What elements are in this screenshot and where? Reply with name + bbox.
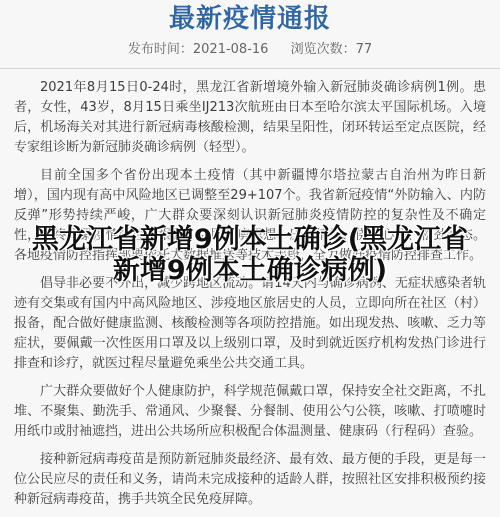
article-body: 2021年8月15日0-24时，黑龙江省新增境外输入新冠肺炎确诊病例1例。患者，… <box>0 69 500 510</box>
body-paragraph: 目前全国多个省份出现本土疫情（其中新疆博尔塔拉蒙古自治州为昨日新增），国内现有高… <box>14 166 486 266</box>
body-paragraph: 倡导非必要不外出，减少跨地区流动。请14天内与确诊病例、无症状感染者轨迹有交集或… <box>14 274 486 374</box>
body-paragraph: 2021年8月15日0-24时，黑龙江省新增境外输入新冠肺炎确诊病例1例。患者，… <box>14 78 486 158</box>
page-title: 最新疫情通报 <box>0 0 500 35</box>
body-paragraph: 接种新冠病毒疫苗是预防新冠肺炎最经济、最有效、最方便的手段，更是每一位公民应尽的… <box>14 450 486 510</box>
article-page: 最新疫情通报 发布时间：2021-08-16 浏览次数：77 2021年8月15… <box>0 0 500 517</box>
meta-row: 发布时间：2021-08-16 浏览次数：77 <box>0 41 500 59</box>
body-paragraph: 广大群众要做好个人健康防护，科学规范佩戴口罩，保持安全社交距离，不扎堆、不聚集、… <box>14 382 486 442</box>
views-count: 浏览次数：77 <box>291 41 373 59</box>
publish-date: 发布时间：2021-08-16 <box>128 41 269 59</box>
